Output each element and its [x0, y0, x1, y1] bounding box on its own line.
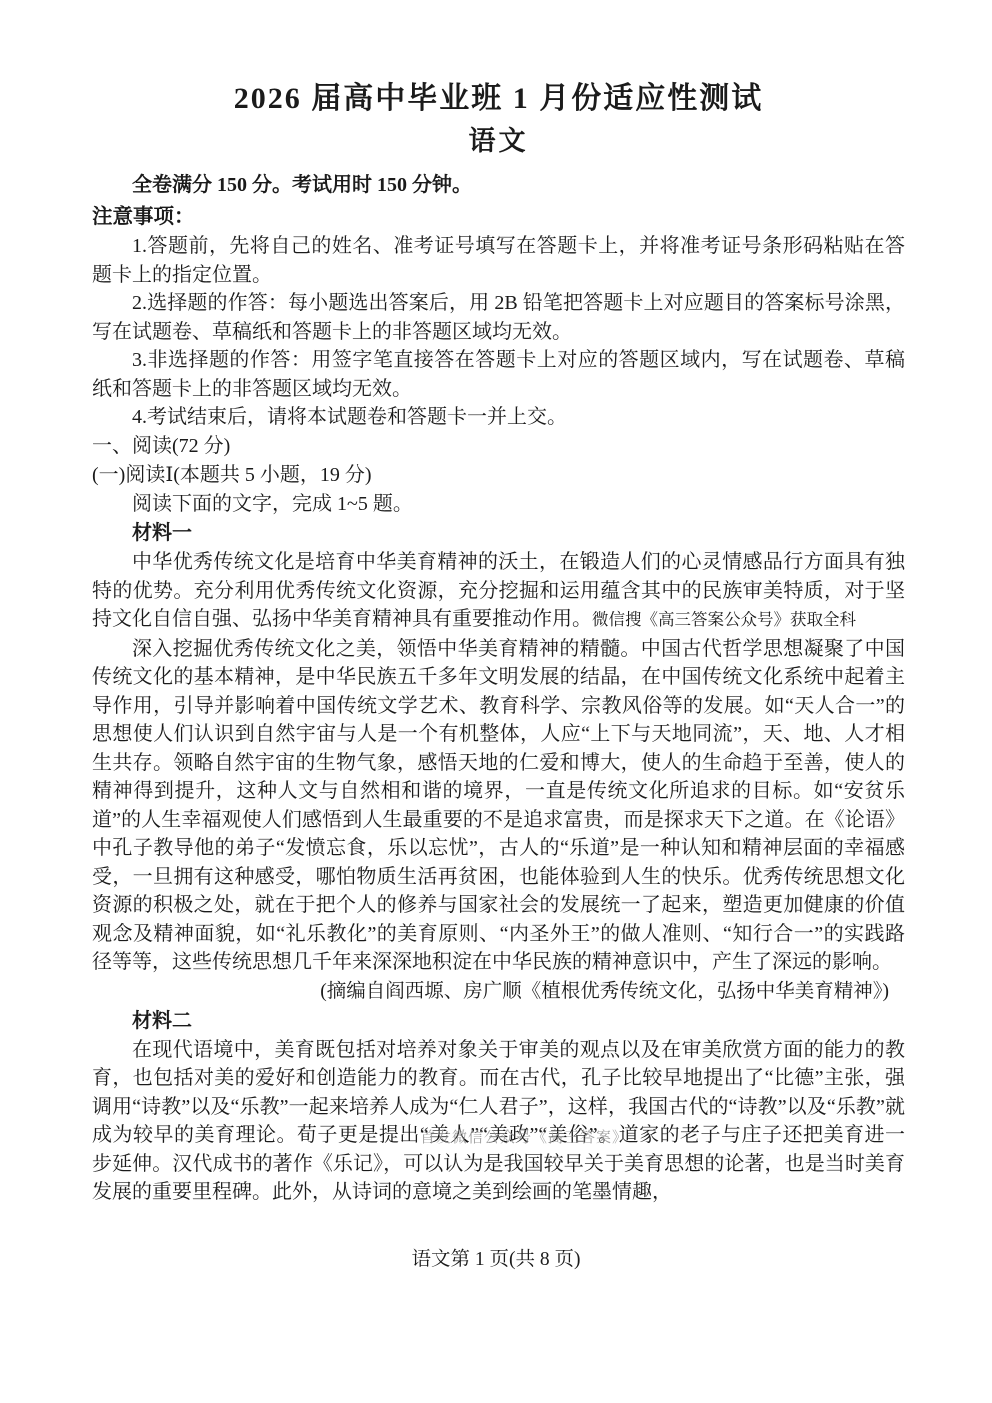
material-one-citation: (摘编自阎西塬、房广顺《植根优秀传统文化，弘扬中华美育精神》)	[92, 977, 905, 1006]
notice-item-2: 2.选择题的作答：每小题选出答案后，用 2B 铅笔把答题卡上对应题目的答案标号涂…	[92, 289, 905, 346]
reading-one-subheading: (一)阅读Ⅰ(本题共 5 小题，19 分)	[92, 461, 905, 490]
material-two-heading: 材料二	[92, 1006, 905, 1036]
exam-title: 2026 届高中毕业班 1 月份适应性测试	[92, 80, 905, 118]
section-one-heading: 一、阅读(72 分)	[92, 432, 905, 461]
material-two-section: 材料二 在现代语境中，美育既包括对培养对象关于审美的观点以及在审美欣赏方面的能力…	[92, 1006, 905, 1207]
material-one-section: 材料一 中华优秀传统文化是培育中华美育精神的沃土，在锻造人们的心灵情感品行方面具…	[92, 518, 905, 1006]
exam-paper-page: 2026 届高中毕业班 1 月份适应性测试 语文 全卷满分 150 分。考试用时…	[0, 0, 992, 1403]
notice-section: 注意事项： 1.答题前，先将自己的姓名、准考证号填写在答题卡上，并将准考证号条形…	[92, 202, 905, 432]
page-number-footer: 语文第 1 页(共 8 页)	[0, 1246, 992, 1274]
exam-info: 全卷满分 150 分。考试用时 150 分钟。	[92, 170, 905, 200]
watermark-text: 首发微信公众号《高三答案》	[420, 1126, 628, 1147]
notice-item-4: 4.考试结束后，请将本试题卷和答题卡一并上交。	[92, 403, 905, 432]
notice-item-1: 1.答题前，先将自己的姓名、准考证号填写在答题卡上，并将准考证号条形码粘贴在答题…	[92, 232, 905, 289]
promo-note-inline: 微信搜《高三答案公众号》获取全科	[592, 610, 856, 629]
notice-item-3: 3.非选择题的作答：用签字笔直接答在答题卡上对应的答题区域内，写在试题卷、草稿纸…	[92, 346, 905, 403]
notice-heading: 注意事项：	[92, 202, 905, 232]
material-one-paragraph-1: 中华优秀传统文化是培育中华美育精神的沃土，在锻造人们的心灵情感品行方面具有独特的…	[92, 548, 905, 635]
exam-subject: 语文	[92, 124, 905, 158]
reading-instruction: 阅读下面的文字，完成 1~5 题。	[92, 490, 905, 519]
material-two-paragraph-1: 在现代语境中，美育既包括对培养对象关于审美的观点以及在审美欣赏方面的能力的教育，…	[92, 1036, 905, 1207]
material-one-heading: 材料一	[92, 518, 905, 548]
material-one-paragraph-2: 深入挖掘优秀传统文化之美，领悟中华美育精神的精髓。中国古代哲学思想凝聚了中国传统…	[92, 635, 905, 977]
